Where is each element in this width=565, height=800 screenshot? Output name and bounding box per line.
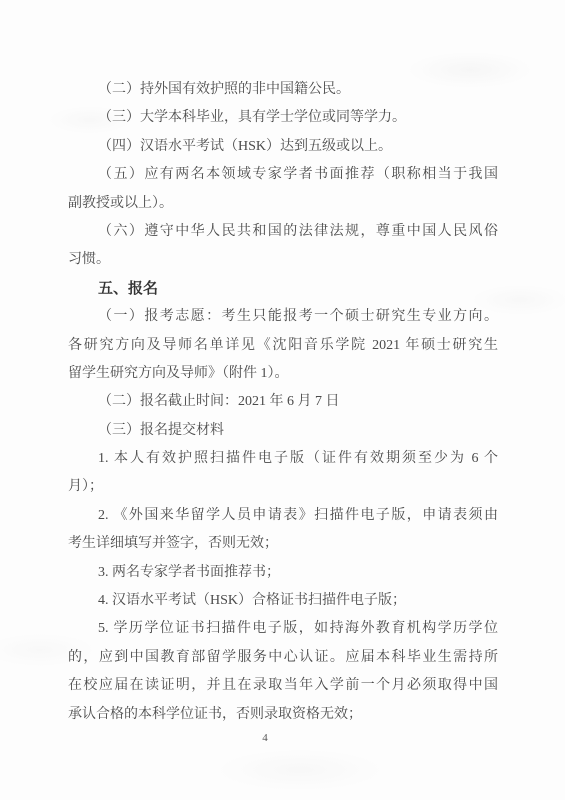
text-line: 2. 《外国来华留学人员申请表》扫描件电子版，申请表须由: [68, 502, 498, 530]
text-line: 承认合格的本科学位证书，否则录取资格无效；: [68, 701, 498, 729]
text-line: 各研究方向及导师名单详见《沈阳音乐学院 2021 年硕士研究生: [68, 332, 498, 360]
section-heading: 五、报名: [68, 275, 498, 303]
text-line: （六）遵守中华人民共和国的法律法规，尊重中国人民风俗: [68, 218, 498, 246]
document-body: （二）持外国有效护照的非中国籍公民。（三）大学本科毕业，具有学士学位或同等学力。…: [68, 76, 498, 729]
text-line: 3. 两名专家学者书面推荐书；: [68, 559, 498, 587]
text-line: 4. 汉语水平考试（HSK）合格证书扫描件电子版；: [68, 587, 498, 615]
text-line: 月）；: [68, 473, 498, 501]
text-line: 1. 本人有效护照扫描件电子版（证件有效期须至少为 6 个: [68, 445, 498, 473]
text-line: （四）汉语水平考试（HSK）达到五级或以上。: [68, 133, 498, 161]
scanned-document: { "document": { "language": "zh-CN", "pa…: [0, 0, 565, 800]
text-line: （二）报名截止时间：2021 年 6 月 7 日: [68, 388, 498, 416]
page-number: 4: [262, 732, 268, 744]
text-line: （一）报考志愿：考生只能报考一个硕士研究生专业方向。: [68, 303, 498, 331]
text-line: （五）应有两名本领域专家学者书面推荐（职称相当于我国: [68, 161, 498, 189]
document-page: （二）持外国有效护照的非中国籍公民。（三）大学本科毕业，具有学士学位或同等学力。…: [0, 0, 565, 800]
page-footer: 4: [0, 727, 530, 747]
text-line: 考生详细填写并签字，否则无效；: [68, 530, 498, 558]
text-line: （三）报名提交材料: [68, 417, 498, 445]
text-line: （三）大学本科毕业，具有学士学位或同等学力。: [68, 104, 498, 132]
text-line: （二）持外国有效护照的非中国籍公民。: [68, 76, 498, 104]
text-line: 留学生研究方向及导师》（附件 1）。: [68, 360, 498, 388]
text-line: 习惯。: [68, 246, 498, 274]
text-line: 在校应届在读证明，并且在录取当年入学前一个月必须取得中国: [68, 672, 498, 700]
text-line: 5. 学历学位证书扫描件电子版，如持海外教育机构学历学位: [68, 615, 498, 643]
text-line: 副教授或以上）。: [68, 190, 498, 218]
text-line: 的，应到中国教育部留学服务中心认证。应届本科毕业生需持所: [68, 644, 498, 672]
